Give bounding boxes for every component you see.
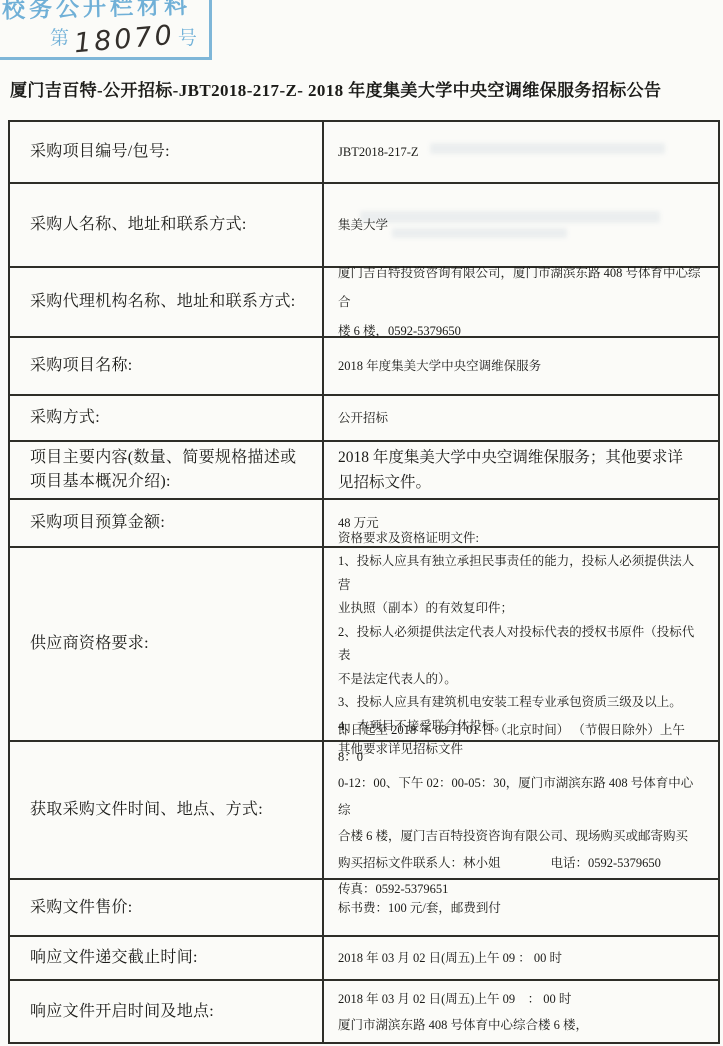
row-value: 2018 年度集美大学中央空调维保服务 — [324, 338, 718, 394]
row-label: 响应文件递交截止时间: — [10, 937, 324, 979]
row-value: 2018 年 03 月 02 日(周五)上午 09 ： 00 时 厦门市湖滨东路… — [324, 981, 718, 1042]
row-value: 即日起至 2018 年 03 月 01 日（北京时间） （节假日除外）上午 8：… — [324, 742, 718, 878]
row-value: 集美大学 — [324, 184, 718, 266]
row-label: 采购人名称、地址和联系方式: — [10, 184, 324, 266]
row-label: 采购项目预算金额: — [10, 500, 324, 546]
row-value: 2018 年 03 月 02 日(周五)上午 09 ： 00 时 — [324, 937, 718, 979]
page-title: 厦门吉百特-公开招标-JBT2018-217-Z- 2018 年度集美大学中央空… — [10, 76, 715, 101]
row-value: 标书费：100 元/套，邮费到付 — [324, 880, 718, 935]
row-label: 获取采购文件时间、地点、方式: — [10, 742, 324, 878]
stamp-number-prefix: 第 — [50, 23, 69, 50]
row-label: 供应商资格要求: — [10, 548, 324, 740]
row-label: 采购方式: — [10, 396, 324, 440]
row-value: 资格要求及资格证明文件: 1、投标人应具有独立承担民事责任的能力，投标人必须提供… — [324, 548, 718, 740]
table-row-project-number: 采购项目编号/包号: JBT2018-217-Z — [10, 122, 718, 184]
procurement-info-table: 采购项目编号/包号: JBT2018-217-Z 采购人名称、地址和联系方式: … — [8, 120, 720, 1044]
table-row-document-price: 采购文件售价: 标书费：100 元/套，邮费到付 — [10, 880, 718, 937]
table-row-procurement-method: 采购方式: 公开招标 — [10, 396, 718, 442]
table-row-document-obtain: 获取采购文件时间、地点、方式: 即日起至 2018 年 03 月 01 日（北京… — [10, 742, 718, 880]
row-label: 响应文件开启时间及地点: — [10, 981, 324, 1042]
row-label: 采购项目编号/包号: — [10, 122, 324, 182]
row-label: 采购文件售价: — [10, 880, 324, 935]
stamp-number-suffix: 号 — [178, 23, 197, 50]
stamp-handwritten-number: 18070 — [73, 22, 176, 58]
table-row-purchaser: 采购人名称、地址和联系方式: 集美大学 — [10, 184, 718, 268]
table-row-submission-deadline: 响应文件递交截止时间: 2018 年 03 月 02 日(周五)上午 09 ： … — [10, 937, 718, 981]
row-value: 公开招标 — [324, 396, 718, 440]
registry-stamp: 校务公开栏材料 第 18070 号 — [0, 0, 212, 60]
row-label: 采购代理机构名称、地址和联系方式: — [10, 268, 324, 336]
row-label: 项目主要内容(数量、简要规格描述或项目基本概况介绍): — [10, 442, 324, 498]
row-value: 2018 年度集美大学中央空调维保服务；其他要求详 见招标文件。 — [324, 442, 718, 498]
table-row-main-content: 项目主要内容(数量、简要规格描述或项目基本概况介绍): 2018 年度集美大学中… — [10, 442, 718, 500]
row-value: 厦门吉百特投资咨询有限公司，厦门市湖滨东路 408 号体育中心综合 楼 6 楼，… — [324, 268, 718, 336]
table-row-supplier-qualification: 供应商资格要求: 资格要求及资格证明文件: 1、投标人应具有独立承担民事责任的能… — [10, 548, 718, 742]
table-row-project-name: 采购项目名称: 2018 年度集美大学中央空调维保服务 — [10, 338, 718, 396]
stamp-text: 校务公开栏材料 — [0, 0, 209, 25]
table-row-opening-time: 响应文件开启时间及地点: 2018 年 03 月 02 日(周五)上午 09 ：… — [10, 981, 718, 1042]
scanned-document-page: { "stamp": { "line1": "校务公开栏材料", "number… — [0, 0, 723, 1046]
row-label: 采购项目名称: — [10, 338, 324, 394]
stamp-number-line: 第 18070 号 — [50, 23, 209, 50]
row-value: JBT2018-217-Z — [324, 122, 718, 182]
table-row-agency: 采购代理机构名称、地址和联系方式: 厦门吉百特投资咨询有限公司，厦门市湖滨东路 … — [10, 268, 718, 338]
